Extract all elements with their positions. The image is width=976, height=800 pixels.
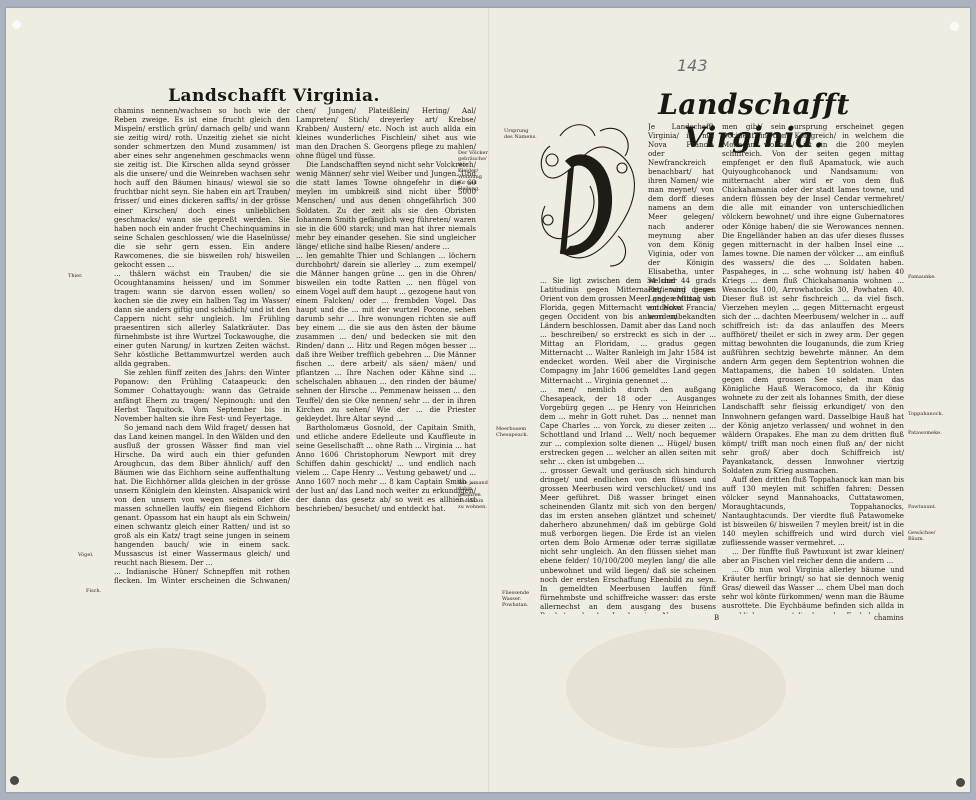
- catchword: chamins: [874, 614, 904, 622]
- margin-note: Pamaunke.: [908, 274, 942, 280]
- paragraph: ... grosser Gewalt und geräusch sich hin…: [540, 466, 716, 614]
- margin-note: Pawtuxunt.: [908, 504, 942, 510]
- paragraph: chamins nennen/wachsen so hoch wie der R…: [114, 106, 290, 269]
- document-sheet: Landschafft Virginia. chamins nennen/wac…: [6, 8, 970, 792]
- paragraph: Die Landschafften seynd nicht sehr Volck…: [296, 160, 476, 250]
- pin-hole: [10, 776, 19, 785]
- paragraph: Auff den dritten fluß Toppahanock kan ma…: [722, 475, 904, 547]
- margin-note: Wie jemand dahin gefahren und dahin zu w…: [458, 480, 488, 510]
- paragraph: Sie zehlen fünff zeiten des Jahrs: den W…: [114, 368, 290, 422]
- left-page: Landschafft Virginia. chamins nennen/wac…: [6, 8, 488, 792]
- paragraph: chen/ Jungen/ Plateißlein/ Hering/ Aal/ …: [296, 106, 476, 160]
- paragraph: ... thälern wächst ein Trauben/ die sie …: [114, 269, 290, 369]
- margin-note: Der Völcker gebräuche/ ihre Kleider/ Woh…: [458, 150, 488, 192]
- decorated-initial-d-icon: [530, 116, 642, 276]
- paragraph: Bartholomæus Gosnold, der Capitain Smith…: [296, 423, 476, 513]
- paragraph: ... Sie ligt zwischen dem 34 und 44 grad…: [540, 276, 716, 385]
- left-running-title: Landschafft Virginia.: [154, 86, 394, 106]
- folio-number: 143: [677, 56, 708, 75]
- paragraph: ... men/ nemlich durch den außgang Chesa…: [540, 385, 716, 466]
- paragraph: So jemand nach dem Wild fraget/ dessen h…: [114, 423, 290, 568]
- margin-note: Fliessende Wasser. Powhatan.: [502, 590, 536, 608]
- margin-note: Gewächse/ Bäum.: [908, 530, 942, 542]
- margin-note: Meerbusem Chesapeack.: [496, 426, 530, 438]
- margin-note: Patawomeke.: [908, 430, 942, 436]
- margin-note: Vögel.: [78, 552, 112, 558]
- signature-mark: B: [714, 614, 719, 622]
- margin-note: Thier.: [68, 273, 102, 279]
- paragraph: ... Ob nun wol Virginia allerley bäume u…: [722, 565, 904, 614]
- pin-hole: [950, 22, 959, 31]
- margin-note: Toppahanock.: [908, 411, 942, 417]
- paragraph: ... Indianische Hüner/ Schnepffen mit ro…: [114, 567, 290, 586]
- right-column-2: men gibt/ sein ursprung erscheinet gegen…: [722, 122, 904, 614]
- left-column-1: chamins nennen/wachsen so hoch wie der R…: [114, 106, 290, 586]
- paragraph: ... Der fünffte fluß Pawtuxunt ist zwar …: [722, 547, 904, 565]
- right-page: 143 Landschafft Virginia. Ursprung des N…: [488, 8, 970, 792]
- pin-hole: [12, 20, 21, 29]
- left-column-2: chen/ Jungen/ Plateißlein/ Hering/ Aal/ …: [296, 106, 476, 584]
- paragraph: men gibt/ sein ursprung erscheinet gegen…: [722, 122, 904, 475]
- pin-hole: [956, 778, 965, 787]
- margin-note: Fisch.: [86, 588, 120, 594]
- right-column-1: ... Sie ligt zwischen dem 34 und 44 grad…: [540, 276, 716, 614]
- paragraph: ... len gemahlte Thier und Schlangen ...…: [296, 251, 476, 423]
